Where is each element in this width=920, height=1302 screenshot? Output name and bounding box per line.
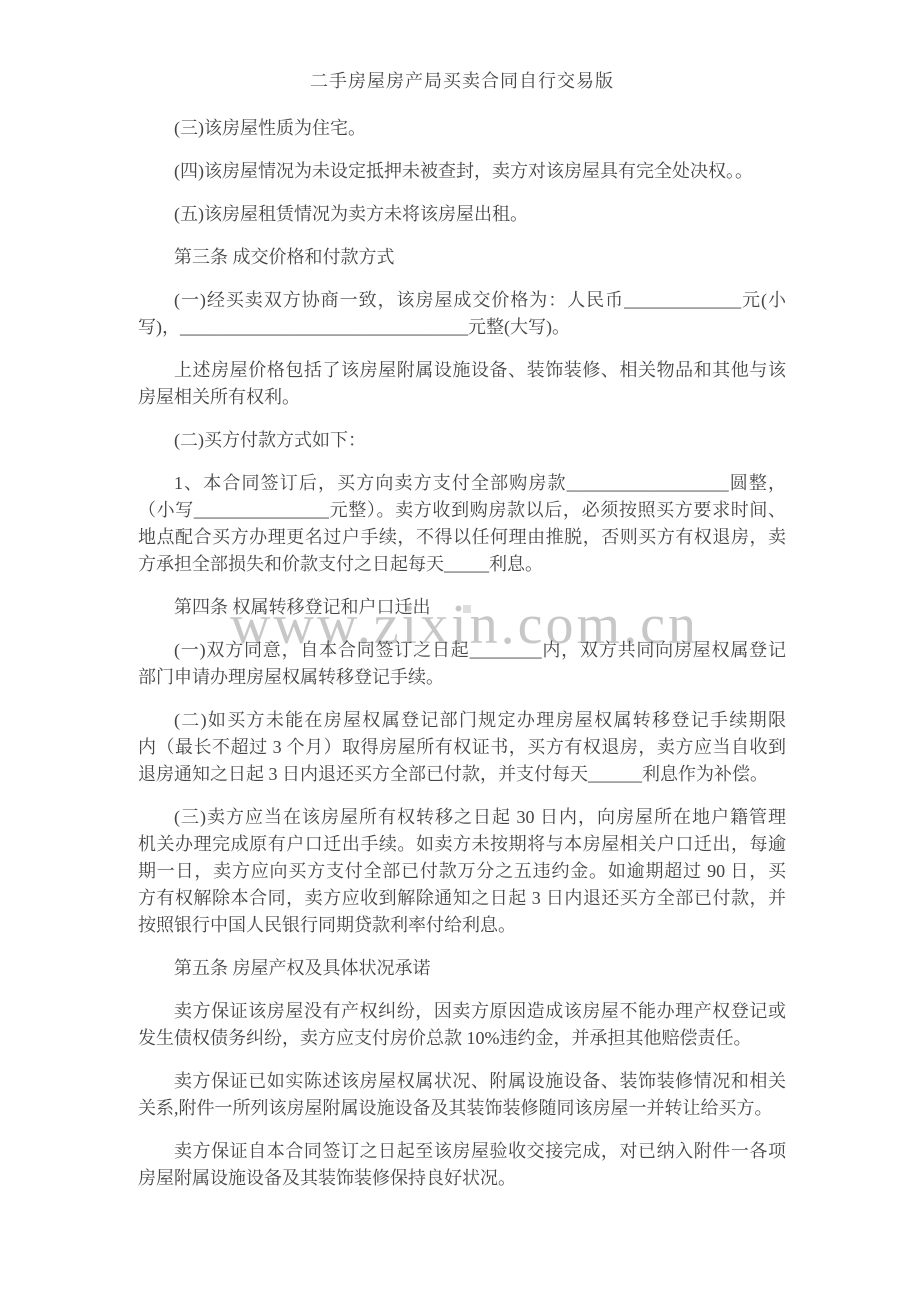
text-line: 卖方保证该房屋没有产权纠纷，因卖方原因造成该房屋不能办理产权登记或 [138,998,786,1025]
text-line: 部门申请办理房屋权属转移登记手续。 [138,664,786,691]
document-body: (三)该房屋性质为住宅。(四)该房屋情况为未设定抵押未被查封，卖方对该房屋具有完… [138,115,786,1192]
text-line: (三)该房屋性质为住宅。 [138,115,786,142]
paragraph: 第四条 权属转移登记和户口迁出 [138,594,786,621]
paragraph: 1、本合同签订后，买方向卖方支付全部购房款__________________圆… [138,470,786,578]
text-line: 第三条 成交价格和付款方式 [138,244,786,271]
text-line: 机关办理完成原有户口迁出手续。如卖方未按期将与本房屋相关户口迁出，每逾 [138,831,786,858]
text-line: 1、本合同签订后，买方向卖方支付全部购房款__________________圆… [138,470,786,497]
paragraph: (二)买方付款方式如下： [138,427,786,454]
paragraph: (五)该房屋租赁情况为卖方未将该房屋出租。 [138,201,786,228]
text-line: 第五条 房屋产权及具体状况承诺 [138,955,786,982]
paragraph: 卖方保证该房屋没有产权纠纷，因卖方原因造成该房屋不能办理产权登记或发生债权债务纠… [138,998,786,1052]
text-line: 房屋相关所有权利。 [138,384,786,411]
text-line: （小写_______________元整）。卖方收到购房款以后，必须按照买方要求… [138,497,786,524]
paragraph: (一)双方同意，自本合同签订之日起________内，双方共同向房屋权属登记部门… [138,637,786,691]
paragraph: (三)该房屋性质为住宅。 [138,115,786,142]
document-content: 二手房屋房产局买卖合同自行交易版 (三)该房屋性质为住宅。(四)该房屋情况为未设… [138,68,786,1208]
text-line: 发生债权债务纠纷，卖方应支付房价总款 10%违约金，并承担其他赔偿责任。 [138,1025,786,1052]
text-line: 按照银行中国人民银行同期贷款利率付给利息。 [138,912,786,939]
text-line: 内（最长不超过 3 个月）取得房屋所有权证书，买方有权退房，卖方应当自收到 [138,734,786,761]
text-line: 方有权解除本合同，卖方应收到解除通知之日起 3 日内退还买方全部已付款，并 [138,885,786,912]
paragraph: 第三条 成交价格和付款方式 [138,244,786,271]
text-line: 地点配合买方办理更名过户手续，不得以任何理由推脱，否则买方有权退房，卖 [138,524,786,551]
paragraph: 上述房屋价格包括了该房屋附属设施设备、装饰装修、相关物品和其他与该房屋相关所有权… [138,357,786,411]
text-line: (五)该房屋租赁情况为卖方未将该房屋出租。 [138,201,786,228]
text-line: (二)买方付款方式如下： [138,427,786,454]
paragraph: 卖方保证已如实陈述该房屋权属状况、附属设施设备、装饰装修情况和相关关系,附件一所… [138,1068,786,1122]
paragraph: (一)经买卖双方协商一致，该房屋成交价格为：人民币_____________元(… [138,287,786,341]
paragraph: (二)如买方未能在房屋权属登记部门规定办理房屋权属转移登记手续期限内（最长不超过… [138,707,786,788]
text-line: 房屋附属设施设备及其装饰装修保持良好状况。 [138,1165,786,1192]
text-line: (一)经买卖双方协商一致，该房屋成交价格为：人民币_____________元(… [138,287,786,314]
paragraph: 卖方保证自本合同签订之日起至该房屋验收交接完成，对已纳入附件一各项房屋附属设施设… [138,1138,786,1192]
text-line: 卖方保证自本合同签订之日起至该房屋验收交接完成，对已纳入附件一各项 [138,1138,786,1165]
text-line: 第四条 权属转移登记和户口迁出 [138,594,786,621]
text-line: 退房通知之日起 3 日内退还买方全部已付款，并支付每天______利息作为补偿。 [138,761,786,788]
text-line: 写)，________________________________元整(大写… [138,314,786,341]
text-line: (三)卖方应当在该房屋所有权转移之日起 30 日内，向房屋所在地户籍管理 [138,804,786,831]
text-line: 期一日，卖方应向买方支付全部已付款万分之五违约金。如逾期超过 90 日，买 [138,858,786,885]
document-page: www.zixin.com.cn 二手房屋房产局买卖合同自行交易版 (三)该房屋… [0,0,920,1302]
text-line: (一)双方同意，自本合同签订之日起________内，双方共同向房屋权属登记 [138,637,786,664]
text-line: (二)如买方未能在房屋权属登记部门规定办理房屋权属转移登记手续期限 [138,707,786,734]
document-title: 二手房屋房产局买卖合同自行交易版 [138,68,786,95]
text-line: (四)该房屋情况为未设定抵押未被查封，卖方对该房屋具有完全处决权。。 [138,158,786,185]
text-line: 卖方保证已如实陈述该房屋权属状况、附属设施设备、装饰装修情况和相关 [138,1068,786,1095]
text-line: 关系,附件一所列该房屋附属设施设备及其装饰装修随同该房屋一并转让给买方。 [138,1095,786,1122]
paragraph: (三)卖方应当在该房屋所有权转移之日起 30 日内，向房屋所在地户籍管理机关办理… [138,804,786,939]
paragraph: 第五条 房屋产权及具体状况承诺 [138,955,786,982]
text-line: 上述房屋价格包括了该房屋附属设施设备、装饰装修、相关物品和其他与该 [138,357,786,384]
paragraph: (四)该房屋情况为未设定抵押未被查封，卖方对该房屋具有完全处决权。。 [138,158,786,185]
text-line: 方承担全部损失和价款支付之日起每天_____利息。 [138,551,786,578]
